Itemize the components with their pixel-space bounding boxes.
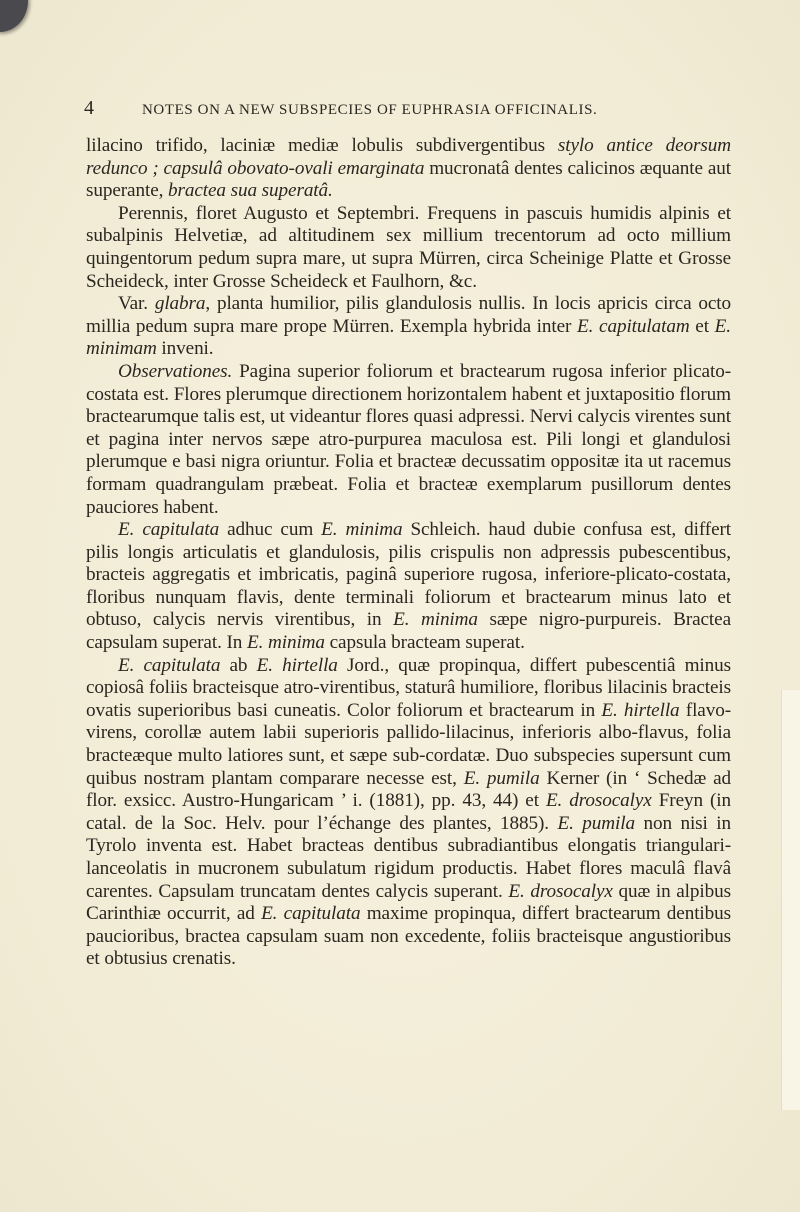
italic-text: E. capitulata [118, 519, 219, 540]
text-run: Pagina superior foliorum et bractearum r… [86, 361, 731, 518]
body-text: lilacino trifido, laciniæ mediæ lobulis … [86, 135, 731, 971]
italic-text: bractea sua superatâ. [168, 180, 333, 201]
italic-text: E. capitulata [261, 903, 360, 924]
underlying-page-edge [781, 690, 800, 1110]
text-run: Perennis, floret Augusto et Septembri. F… [86, 203, 731, 292]
italic-text: E. capitulatam [577, 316, 690, 337]
italic-text: E. drosocalyx [508, 881, 612, 902]
text-run: Var. [118, 293, 155, 314]
italic-text: E. pumila [557, 813, 635, 834]
paragraph: E. capitulata adhuc cum E. minima Schlei… [86, 519, 731, 655]
text-run: ab [220, 655, 256, 676]
text-run: inveni. [157, 338, 214, 359]
running-title: NOTES ON A NEW SUBSPECIES OF EUPHRASIA O… [142, 102, 597, 119]
italic-text: E. minima [321, 519, 402, 540]
paragraph: Perennis, floret Augusto et Septembri. F… [86, 203, 731, 293]
italic-text: glabra [155, 293, 206, 314]
italic-text: E. capitulata [118, 655, 220, 676]
italic-text: E. minima [247, 632, 325, 653]
paragraph: Var. glabra, planta humilior, pilis glan… [86, 293, 731, 361]
italic-text: E. drosocalyx [546, 790, 652, 811]
paragraph: E. capitulata ab E. hirtella Jord., quæ … [86, 655, 731, 971]
italic-text: E. hirtella [257, 655, 338, 676]
italic-text: E. minima [393, 609, 478, 630]
page-header: 4 NOTES ON A NEW SUBSPECIES OF EUPHRASIA… [84, 97, 674, 120]
text-run: adhuc cum [219, 519, 321, 540]
italic-text: Observationes. [118, 361, 232, 382]
text-run: et [690, 316, 715, 337]
text-run: lilacino trifido, laciniæ mediæ lobulis … [86, 135, 558, 156]
paragraph: Observationes. Pagina superior foliorum … [86, 361, 731, 519]
page-number: 4 [84, 97, 142, 120]
paragraph: lilacino trifido, laciniæ mediæ lobulis … [86, 135, 731, 203]
italic-text: E. pumila [464, 768, 540, 789]
text-run: capsula bracteam superat. [325, 632, 525, 653]
italic-text: E. hirtella [601, 700, 679, 721]
